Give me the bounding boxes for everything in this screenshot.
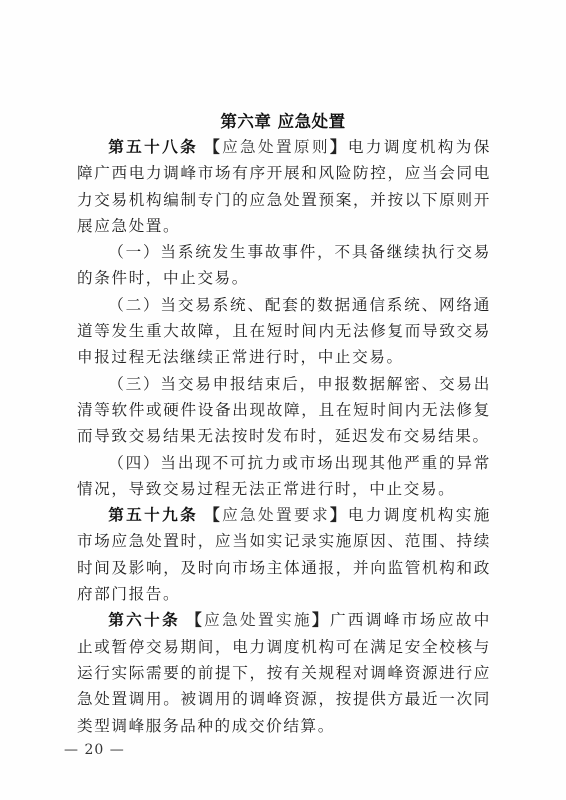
article-59: 第五十九条【应急处置要求】电力调度机构实施市场应急处置时，应当如实记录实施原因、…	[77, 502, 491, 607]
article-number: 第五十八条	[108, 137, 198, 156]
article-heading: 应急处置原则	[222, 138, 330, 156]
chapter-title: 第六章 应急处置	[0, 108, 566, 132]
article-58: 第五十八条【应急处置原则】电力调度机构为保障广西电力调峰市场有序开展和风险防控，…	[77, 134, 491, 239]
article-number: 第五十九条	[108, 505, 198, 524]
document-page: 第六章 应急处置 第五十八条【应急处置原则】电力调度机构为保障广西电力调峰市场有…	[0, 0, 566, 800]
bracket-left: 【	[186, 610, 204, 629]
page-number: — 20 —	[64, 742, 125, 758]
document-body: 第五十八条【应急处置原则】电力调度机构为保障广西电力调峰市场有序开展和风险防控，…	[77, 134, 491, 739]
article-58-item-3: （三）当交易申报结束后，申报数据解密、交易出清等软件或硬件设备出现故障，且在短时…	[77, 371, 491, 450]
article-heading: 应急处置要求	[222, 506, 330, 524]
article-number: 第六十条	[108, 610, 180, 629]
article-text: 广西调峰市场应故中止或暂停交易期间，电力调度机构可在满足安全校核与运行实际需要的…	[77, 611, 491, 734]
bracket-right: 】	[330, 505, 348, 524]
article-58-item-4: （四）当出现不可抗力或市场出现其他严重的异常情况，导致交易过程无法正常进行时，中…	[77, 450, 491, 503]
article-58-item-2: （二）当交易系统、配套的数据通信系统、网络通道等发生重大故障，且在短时间内无法修…	[77, 292, 491, 371]
bracket-left: 【	[204, 505, 222, 524]
article-58-item-1: （一）当系统发生事故事件，不具备继续执行交易的条件时，中止交易。	[77, 239, 491, 292]
bracket-right: 】	[312, 610, 330, 629]
bracket-left: 【	[204, 137, 222, 156]
bracket-right: 】	[330, 137, 348, 156]
article-60: 第六十条【应急处置实施】广西调峰市场应故中止或暂停交易期间，电力调度机构可在满足…	[77, 607, 491, 738]
article-heading: 应急处置实施	[204, 611, 312, 629]
